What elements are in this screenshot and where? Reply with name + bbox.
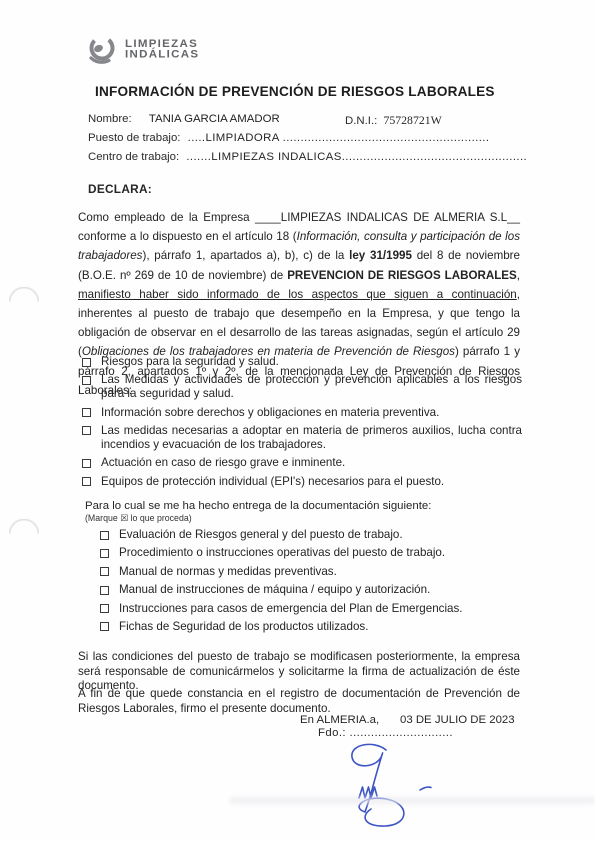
dni-field: D.N.I.: 75728721W <box>345 113 442 128</box>
checklist-item: Equipos de protección individual (EPI's)… <box>82 475 522 489</box>
delivery-intro-block: Para lo cual se me ha hecho entrega de l… <box>85 500 525 524</box>
document-title: INFORMACIÓN DE PREVENCIÓN DE RIESGOS LAB… <box>95 84 525 99</box>
dni-value: 75728721W <box>383 113 441 127</box>
checkbox-icon <box>82 459 91 468</box>
centro-value: .......LIMPIEZAS INDALICAS..............… <box>186 151 528 163</box>
identification-fields: Nombre: TANIA GARCIA AMADOR D.N.I.: 7572… <box>88 113 528 170</box>
signing-place: En ALMERIA.a, <box>300 714 379 726</box>
checklist-item-label: Fichas de Seguridad de los productos uti… <box>119 620 520 634</box>
checklist-item: Fichas de Seguridad de los productos uti… <box>100 620 520 634</box>
company-logo: LIMPIEZAS INDÁLICAS <box>86 34 199 66</box>
field-row-centro: Centro de trabajo: .......LIMPIEZAS INDA… <box>88 151 528 170</box>
field-row-nombre: Nombre: TANIA GARCIA AMADOR D.N.I.: 7572… <box>88 113 528 132</box>
hole-punch-mark <box>9 519 39 549</box>
paragraph-segment: , <box>517 269 520 282</box>
scanned-document-page: LIMPIEZAS INDÁLICAS INFORMACIÓN DE PREVE… <box>0 0 595 841</box>
checkbox-icon <box>100 567 109 576</box>
checklist-item-label: Información sobre derechos y obligacione… <box>101 406 522 420</box>
checklist-item-label: Manual de normas y medidas preventivas. <box>119 565 520 579</box>
checklist-item: Evaluación de Riesgos general y del pues… <box>100 528 520 542</box>
checklist-item-label: Manual de instrucciones de máquina / equ… <box>119 583 520 597</box>
signing-block: En ALMERIA.a, 03 DE JULIO DE 2023 Fdo.: … <box>78 714 520 740</box>
checklist-item-label: Las medidas necesarias a adoptar en mate… <box>101 424 522 452</box>
checkbox-icon <box>100 549 109 558</box>
checklist-item: Manual de normas y medidas preventivas. <box>100 565 520 579</box>
logo-line2: INDÁLICAS <box>125 50 199 61</box>
logo-swirl-icon <box>86 34 118 66</box>
checkbox-icon <box>82 376 91 385</box>
checklist-item-label: Actuación en caso de riesgo grave e inmi… <box>101 456 522 470</box>
signing-fdo-line: Fdo.: ............................. <box>318 727 453 739</box>
hole-punch-mark <box>9 287 39 317</box>
checkbox-icon <box>82 358 91 367</box>
paragraph-segment: ), párrafo 1, apartados a), b), c) de la <box>142 249 349 262</box>
handwritten-signature <box>322 740 440 836</box>
delivery-note-text: (Marque ☒ lo que proceda) <box>85 513 525 524</box>
checkbox-icon <box>82 426 91 435</box>
checklist-item: Información sobre derechos y obligacione… <box>82 406 522 420</box>
nombre-value: TANIA GARCIA AMADOR <box>149 113 280 125</box>
scan-smudge <box>230 797 595 804</box>
delivery-intro-text: Para lo cual se me ha hecho entrega de l… <box>85 500 525 512</box>
nombre-label: Nombre: <box>88 113 132 125</box>
dni-label: D.N.I.: <box>345 115 377 127</box>
checklist-item: Las Medidas y actividades de protección … <box>82 373 522 401</box>
checklist-item: Riesgos para la seguridad y salud. <box>82 355 522 369</box>
checkbox-icon <box>82 477 91 486</box>
paragraph-segment-bold: ley 31/1995 <box>349 249 412 262</box>
checkbox-icon <box>100 586 109 595</box>
checklist-item-label: Evaluación de Riesgos general y del pues… <box>119 528 520 542</box>
field-row-puesto: Puesto de trabajo: .....LIMPIADORA .....… <box>88 132 528 151</box>
closing-paragraph-2: A fin de que quede constancia en el regi… <box>78 687 520 716</box>
checkbox-icon <box>100 604 109 613</box>
paragraph-segment-bold: PREVENCION DE RIESGOS LABORALES <box>287 269 517 282</box>
checklist-item: Procedimiento o instrucciones operativas… <box>100 546 520 560</box>
puesto-value: .....LIMPIADORA ........................… <box>188 132 490 144</box>
declara-heading: DECLARA: <box>88 182 152 196</box>
checklist-item: Manual de instrucciones de máquina / equ… <box>100 583 520 597</box>
signing-date: 03 DE JULIO DE 2023 <box>400 714 515 726</box>
checklist-informed-aspects: Riesgos para la seguridad y salud.Las Me… <box>82 355 522 493</box>
checkbox-icon <box>100 622 109 631</box>
centro-label: Centro de trabajo: <box>88 151 179 163</box>
checklist-item-label: Las Medidas y actividades de protección … <box>101 373 522 401</box>
checklist-delivered-docs: Evaluación de Riesgos general y del pues… <box>100 528 520 638</box>
checklist-item: Las medidas necesarias a adoptar en mate… <box>82 424 522 452</box>
checklist-item-label: Equipos de protección individual (EPI's)… <box>101 475 522 489</box>
logo-wordmark: LIMPIEZAS INDÁLICAS <box>125 39 199 60</box>
checklist-item-label: Instrucciones para casos de emergencia d… <box>119 602 520 616</box>
paragraph-segment-underlined: manifiesto haber sido informado de los a… <box>78 288 517 301</box>
checklist-item-label: Riesgos para la seguridad y salud. <box>101 355 522 369</box>
checkbox-icon <box>100 531 109 540</box>
checklist-item: Instrucciones para casos de emergencia d… <box>100 602 520 616</box>
checklist-item-label: Procedimiento o instrucciones operativas… <box>119 546 520 560</box>
puesto-label: Puesto de trabajo: <box>88 132 180 144</box>
checkbox-icon <box>82 408 91 417</box>
checklist-item: Actuación en caso de riesgo grave e inmi… <box>82 456 522 470</box>
